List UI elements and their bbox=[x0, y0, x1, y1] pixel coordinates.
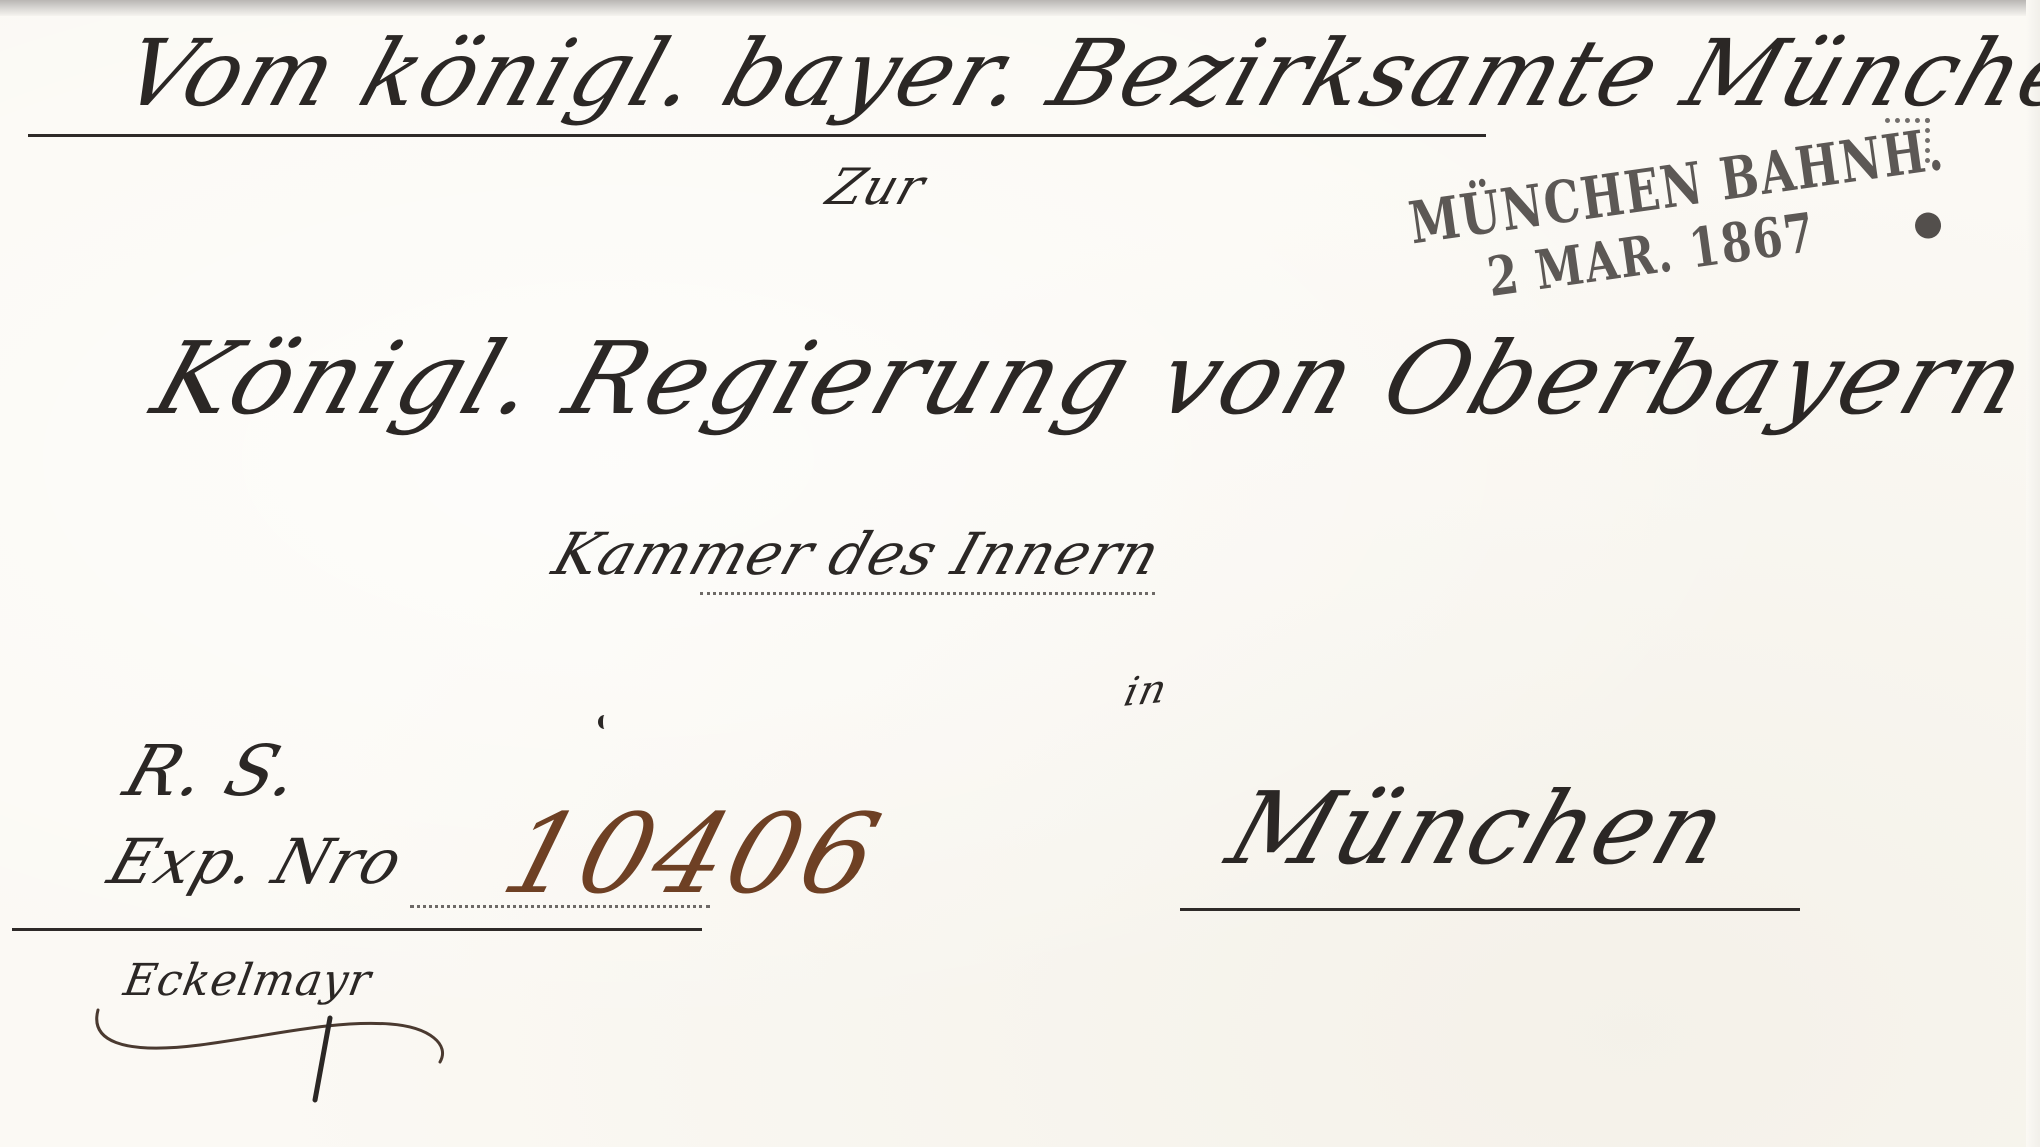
recipient-name: Königl. Regierung von Oberbayern bbox=[140, 320, 2040, 437]
signature-flourish-icon bbox=[90, 1000, 490, 1110]
ink-mark bbox=[598, 715, 611, 729]
rs-label: R. S. bbox=[115, 730, 312, 812]
city-underline bbox=[1180, 908, 1800, 911]
exp-no-label: Exp. Nro bbox=[100, 825, 412, 898]
address-preposition: Zur bbox=[820, 158, 933, 216]
exp-number: 10406 bbox=[490, 790, 897, 918]
sender-underline bbox=[28, 134, 1486, 137]
scan-right-edge bbox=[2026, 0, 2040, 1147]
destination-city: München bbox=[1215, 770, 1742, 887]
recipient-department: Kammer des Innern bbox=[545, 520, 1169, 588]
signature: Eckelmayr bbox=[120, 955, 375, 1006]
department-dotted-leader bbox=[700, 592, 1155, 595]
postmark-frame-corner bbox=[1885, 118, 1930, 163]
scan-top-edge bbox=[0, 0, 2040, 16]
postmark-dot bbox=[1913, 211, 1942, 240]
reference-underline bbox=[12, 928, 702, 931]
sender-line: Vom königl. bayer. Bezirksamte München l… bbox=[110, 20, 2040, 127]
